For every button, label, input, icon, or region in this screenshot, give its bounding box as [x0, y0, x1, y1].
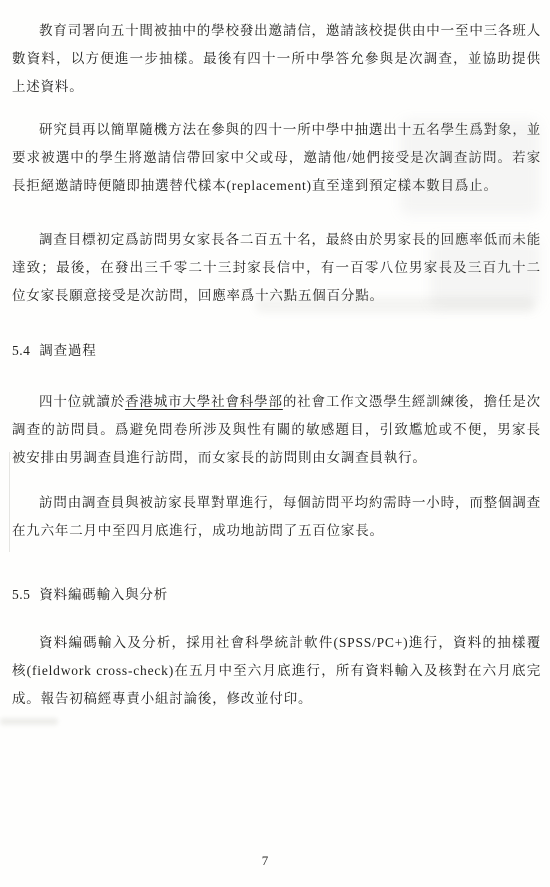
university-department-underlined-text: 香港城市大學社會科學部	[125, 394, 283, 409]
paragraph-interviewers-text-before: 四十位就讀於	[39, 394, 125, 409]
section-5-5-heading: 5.5資料編碼輸入與分析	[12, 581, 541, 609]
paragraph-data-coding-analysis: 資料編碼輸入及分析，採用社會科學統計軟件(SPSS/PC+)進行，資料的抽樣覆核…	[12, 629, 541, 713]
section-5-4-title: 調查過程	[39, 343, 96, 358]
paragraph-interview-procedure: 訪問由調查員與被訪家長單對單進行，每個訪問平均約需時一小時，而整個調查在九六年二…	[12, 489, 541, 545]
page-number: 7	[248, 847, 282, 875]
section-5-5-number: 5.5	[12, 587, 30, 602]
paragraph-student-sampling: 研究員再以簡單隨機方法在參與的四十一所中學中抽選出十五名學生爲對象，並要求被選中…	[12, 116, 541, 200]
section-5-4-heading: 5.4調查過程	[12, 337, 541, 365]
scan-smudge-artifact	[0, 718, 58, 725]
section-5-5-title: 資料編碼輸入與分析	[39, 587, 168, 602]
paragraph-school-invitations: 教育司署向五十間被抽中的學校發出邀請信，邀請該校提供由中一至中三各班人數資料，以…	[12, 17, 541, 101]
paragraph-response-rate: 調查目標初定爲訪問男女家長各二百五十名，最終由於男家長的回應率低而未能達致；最後…	[12, 226, 541, 310]
section-5-4-number: 5.4	[12, 343, 30, 358]
scan-line-artifact	[9, 452, 10, 552]
paragraph-interviewers: 四十位就讀於香港城市大學社會科學部的社會工作文憑學生經訓練後，擔任是次調查的訪問…	[12, 388, 541, 472]
document-page: 教育司署向五十間被抽中的學校發出邀請信，邀請該校提供由中一至中三各班人數資料，以…	[0, 0, 550, 887]
